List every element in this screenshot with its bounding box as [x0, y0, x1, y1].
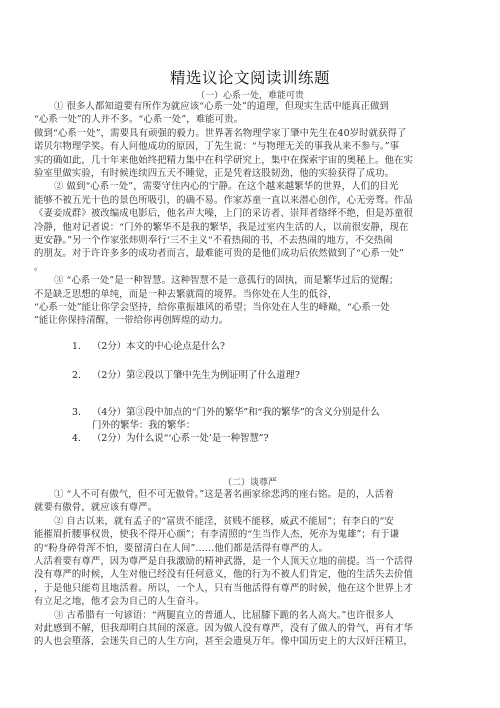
paragraph-line: 做到“心系一处”，需要具有顽强的毅力。世界著名物理学家丁肇中先生在40岁时就获得…	[34, 128, 466, 140]
paragraph-line: “心系一处”的人并不多。“心系一处”，难能可贵。	[34, 114, 466, 126]
paragraph-line: 实的确如此，几十年来他始终把精力集中在科学研究上，集中在探索宇宙的奥秘上。他在实	[34, 155, 466, 167]
question-3: 3.（4分）第③段中加点的“门外的繁华”和“我的繁华”的含义分别是什么	[72, 404, 380, 418]
paragraph-line: 能够不被五光十色的景色所吸引，的确不易。作家苏童一直以来潜心创作，心无旁骛。作品	[34, 195, 466, 207]
paragraph-line: 。	[34, 262, 466, 274]
paragraph-line: 能摧眉折腰事权贵，使我不得开心颜”；有李清照的“生当作人杰，死亦为鬼雄”；有于谦	[34, 529, 466, 541]
paragraph-line: ① “人不可有傲气，但不可无傲骨。”这是著名画家徐悲鸿的座右铭。是的，人活着	[54, 489, 466, 501]
question-3-answer-line: 门外的繁华：我的繁华：	[92, 417, 195, 431]
paragraph-line: ③ “心系一处”是一种智慧。这种智慧不是一意孤行的固执，而是繁华过后的觉醒；	[54, 275, 466, 287]
page-title: 精选议论文阅读训练题	[0, 66, 500, 88]
paragraph-line: ① 很多人都知道要有所作为就应该“心系一处”的道理，但现实生活中能真正做到	[54, 101, 466, 113]
paragraph-line: 诺贝尔物理学奖。有人问他成功的原因，丁先生说：“与物理无关的事我从来不参与。”事	[34, 141, 466, 153]
paragraph-line: 冷静，他对记者说：“门外的繁华不是我的繁华，我是过室内生活的人，以前很安静，现在	[34, 222, 466, 234]
paragraph-line: 的人也会堕落，会迷失自己的人生方向，甚至会遗臭万年。像中国历史上的大汉奸汪精卫，	[34, 636, 466, 648]
paragraph-line: “心系一处”能让你学会坚持，给你重振雄风的希望；当你处在人生的峰巅，“心系一处	[34, 302, 466, 314]
paragraph-line: 的朋友。对于许许多多的成功者而言，最难能可贵的是他们成功后依然做到了“心系一处”	[34, 248, 466, 260]
paragraph-line: 就要有傲骨，就应该有尊严。	[34, 502, 466, 514]
question-2: 2.（2分）第②段以丁肇中先生为例证明了什么道理?	[72, 367, 300, 381]
question-4: 4.（2分）为什么说“‘心系一处’是一种智慧”?	[72, 430, 269, 444]
paragraph-line: 《妻妾成群》被改编成电影后，他名声大噪，上门的采访者、崇拜者络绎不绝，但是苏童很	[34, 208, 466, 220]
question-1: 1.（2分）本文的中心论点是什么?	[72, 338, 225, 352]
paragraph-line: 更安静。”另一个作家张炜则奉行‘三不主义“不看热闹的书，不去热闹的地方，不交热闹	[34, 235, 466, 247]
paragraph-line: ③ 古希腊有一句谚语：“两腿直立的普通人，比屈膝下跪的名人高大。”也许很多人	[54, 610, 466, 622]
paragraph-line: 对此感到不解，但我却明白其间的深意。因为做人没有尊严，没有了做人的骨气，再有才华	[34, 623, 466, 635]
paragraph-line: 没有尊严的时候，人生对他已经没有任何意义，他的行为不被人们肯定，他的生活失去价值	[34, 569, 466, 581]
paragraph-line: 的“粉身碎骨浑不怕，要留清白在人间”……他们都是活得有尊严的人。	[34, 543, 466, 555]
paragraph-line: ② 自古以来，就有孟子的“富贵不能淫，贫贱不能移，威武不能屈”；有李白的“安	[54, 516, 466, 528]
paragraph-line: 不是缺乏思想的单纯，而是一种去繁就简的境界。当你处在人生的低谷，	[34, 289, 466, 301]
section-2-heading: （二）谈尊严	[0, 475, 500, 488]
paragraph-line: 人活着要有尊严，因为尊严是自我激励的精神武器，是一个人顶天立地的前提。当一个活得	[34, 556, 466, 568]
paragraph-line: 有立足之地，他才会为自己的人生奋斗。	[34, 596, 466, 608]
document-page: 精选议论文阅读训练题 （一）心系一处，难能可贵 ① 很多人都知道要有所作为就应该…	[0, 0, 500, 708]
paragraph-line: ② 做到“心系一处”，需要守住内心的宁静。在这个越来越繁华的世界，人们的目光	[54, 181, 466, 193]
paragraph-line: ，于是他只能苟且地活着。所以，一个人，只有当他活得有尊严的时候，他在这个世界上才	[34, 583, 466, 595]
paragraph-line: ”能让你保持清醒，一带给你再创辉煌的动力。	[34, 315, 466, 327]
section-1-heading: （一）心系一处，难能可贵	[0, 88, 500, 101]
paragraph-line: 验室里做实验，有时候连续四五天不睡觉，正是凭着这股韧劲，他的实验获得了成功。	[34, 168, 466, 180]
